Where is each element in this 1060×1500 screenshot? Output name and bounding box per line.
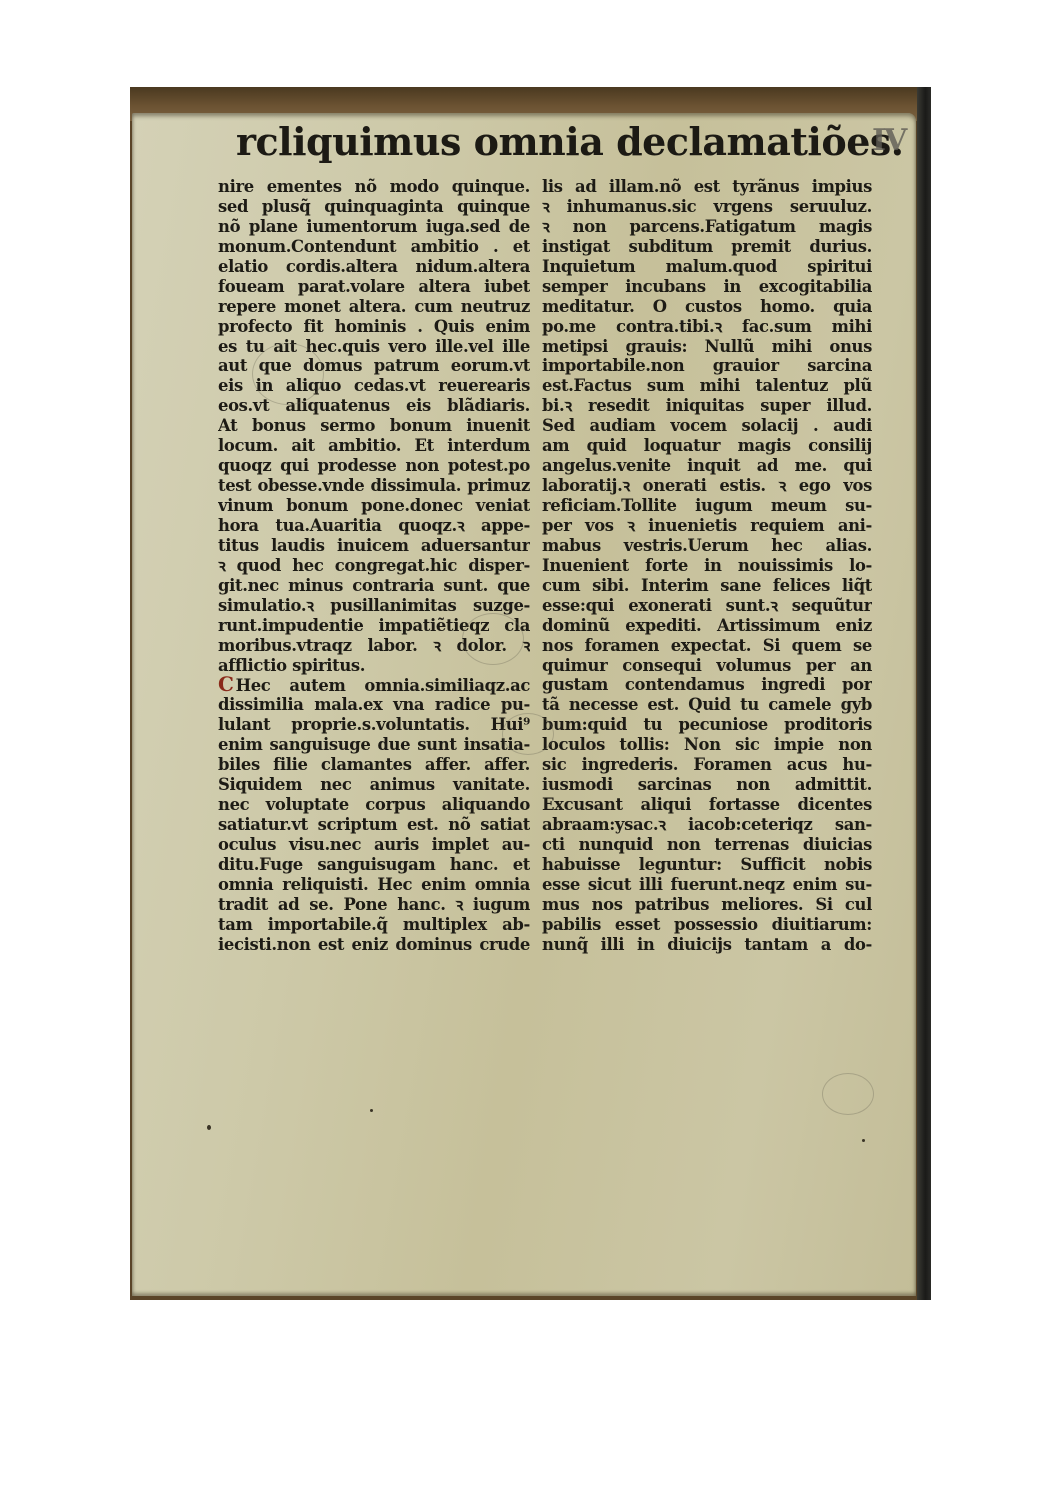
text-line: cti nunquid non terrenas diuicias [542, 835, 872, 855]
text-line: simulatio.ꝛ pusillanimitas suzge- [218, 596, 530, 616]
text-line: am quid loquatur magis consilij [542, 436, 872, 456]
text-line: nunq̃ illi in diuicijs tantam a do- [542, 935, 872, 955]
text-line: nec voluptate corpus aliquando [218, 795, 530, 815]
text-line: pabilis esset possessio diuitiarum: [542, 915, 872, 935]
text-line: lulant proprie.s.voluntatis. Hui⁹ [218, 715, 530, 735]
text-line: iecisti.non est eniz dominus crude [218, 935, 530, 955]
text-line: ꝛ inhumanus.sic vrgens seruuluz. [542, 197, 872, 217]
text-line: eos.vt aliquatenus eis blãdiaris. [218, 396, 530, 416]
paper-speck [862, 1139, 865, 1142]
text-line: esse sicut illi fuerunt.neqz enim su- [542, 875, 872, 895]
text-line: dissimilia mala.ex vna radice pu- [218, 695, 530, 715]
text-line: git.nec minus contraria sunt. que [218, 576, 530, 596]
text-line: cum sibi. Interim sane felices liq̃t [542, 576, 872, 596]
text-line: loculos tollis: Non sic impie non [542, 735, 872, 755]
text-line: tã necesse est. Quid tu camele gyb [542, 695, 872, 715]
text-line: dominũ expediti. Artissimum eniz [542, 616, 872, 636]
text-line: importabile.non grauior sarcina [542, 356, 872, 376]
text-line: sic ingrederis. Foramen acus hu- [542, 755, 872, 775]
text-line: Inquietum malum.quod spiritui [542, 257, 872, 277]
text-line: tam importabile.q̃ multiplex ab- [218, 915, 530, 935]
text-line: bum:quid tu pecuniose proditoris [542, 715, 872, 735]
text-line: Inuenient forte in nouissimis lo- [542, 556, 872, 576]
page-leaf: rcliquimus omnia declamatiões. IV nire e… [132, 113, 916, 1296]
text-line: oculus visu.nec auris implet au- [218, 835, 530, 855]
paragraph-line: CHec autem omnia.similiaqz.ac [218, 675, 530, 695]
text-line: lis ad illam.nõ est tyrãnus impius [542, 177, 872, 197]
text-line: profecto fit hominis . Quis enim [218, 317, 530, 337]
text-line: At bonus sermo bonum inuenit [218, 416, 530, 436]
text-line: biles filie clamantes affer. affer. [218, 755, 530, 775]
text-line: test obesse.vnde dissimula. primuz [218, 476, 530, 496]
paper-speck [370, 1109, 373, 1112]
left-column: nire ementes nõ modo quinque. sed plusq̃… [218, 177, 530, 955]
text-line: per vos ꝛ inuenietis requiem ani- [542, 516, 872, 536]
text-line: ditu.Fuge sanguisugam hanc. et [218, 855, 530, 875]
text-line: Siquidem nec animus vanitate. [218, 775, 530, 795]
text-line: ꝛ non parcens.Fatigatum magis [542, 217, 872, 237]
text-line: hora tua.Auaritia quoqz.ꝛ appe- [218, 516, 530, 536]
text-line: meditatur. O custos homo. quia [542, 297, 872, 317]
watermark-loop [502, 713, 554, 755]
text-line: monum.Contendunt ambitio . et [218, 237, 530, 257]
text-line: quimur consequi volumus per an [542, 656, 872, 676]
folio-mark: IV [872, 123, 905, 158]
right-column: lis ad illam.nõ est tyrãnus impius ꝛ inh… [542, 177, 872, 955]
text-line: elatio cordis.altera nidum.altera [218, 257, 530, 277]
text-line: nos foramen expectat. Si quem se [542, 636, 872, 656]
text-line: po.me contra.tibi.ꝛ fac.sum mihi [542, 317, 872, 337]
paper-speck [207, 1125, 211, 1130]
manuscript-scan: rcliquimus omnia declamatiões. IV nire e… [130, 87, 931, 1300]
text-line: foueam parat.volare altera iubet [218, 277, 530, 297]
text-line: mus nos patribus meliores. Si cul [542, 895, 872, 915]
text-line: abraam:ysac.ꝛ iacob:ceteriqz san- [542, 815, 872, 835]
watermark-loop [252, 343, 324, 405]
text-line: metipsi grauis: Nullũ mihi onus [542, 337, 872, 357]
text-line: reficiam.Tollite iugum meum su- [542, 496, 872, 516]
text-line: Excusant aliqui fortasse dicentes [542, 795, 872, 815]
watermark-loop [822, 1073, 874, 1115]
binding-edge-right [917, 87, 931, 1300]
running-head: rcliquimus omnia declamatiões. [236, 119, 796, 164]
text-line: iusmodi sarcinas non admittit. [542, 775, 872, 795]
text-line: quoqz qui prodesse non potest.po [218, 456, 530, 476]
text-line: est.Factus sum mihi talentuz plũ [542, 376, 872, 396]
text-line: semper incubans in excogitabilia [542, 277, 872, 297]
text-line: titus laudis inuicem aduersantur [218, 536, 530, 556]
text-line: vinum bonum pone.donec veniat [218, 496, 530, 516]
text-line: instigat subditum premit durius. [542, 237, 872, 257]
text-line: satiatur.vt scriptum est. nõ satiat [218, 815, 530, 835]
text-line: Sed audiam vocem solacij . audi [542, 416, 872, 436]
text-line: enim sanguisuge due sunt insatia- [218, 735, 530, 755]
text-line: ꝛ quod hec congregat.hic disper- [218, 556, 530, 576]
text-line: sed plusq̃ quinquaginta quinque [218, 197, 530, 217]
watermark-loop [462, 613, 524, 665]
text-line: habuisse leguntur: Sufficit nobis [542, 855, 872, 875]
text-line: nire ementes nõ modo quinque. [218, 177, 530, 197]
text-line: gustam contendamus ingredi por [542, 675, 872, 695]
text-line: repere monet altera. cum neutruz [218, 297, 530, 317]
text-line: laboratij.ꝛ onerati estis. ꝛ ego vos [542, 476, 872, 496]
text-line: bi.ꝛ resedit iniquitas super illud. [542, 396, 872, 416]
text-line: tradit ad se. Pone hanc. ꝛ iugum [218, 895, 530, 915]
text-line: angelus.venite inquit ad me. qui [542, 456, 872, 476]
text-line: nõ plane iumentorum iuga.sed de [218, 217, 530, 237]
text-line: Hec autem omnia.similiaqz.ac [236, 676, 530, 695]
text-line: locum. ait ambitio. Et interdum [218, 436, 530, 456]
text-line: esse:qui exonerati sunt.ꝛ sequũtur [542, 596, 872, 616]
text-line: omnia reliquisti. Hec enim omnia [218, 875, 530, 895]
rubric-paragraph-mark: C [218, 675, 234, 695]
text-line: mabus vestris.Uerum hec alias. [542, 536, 872, 556]
